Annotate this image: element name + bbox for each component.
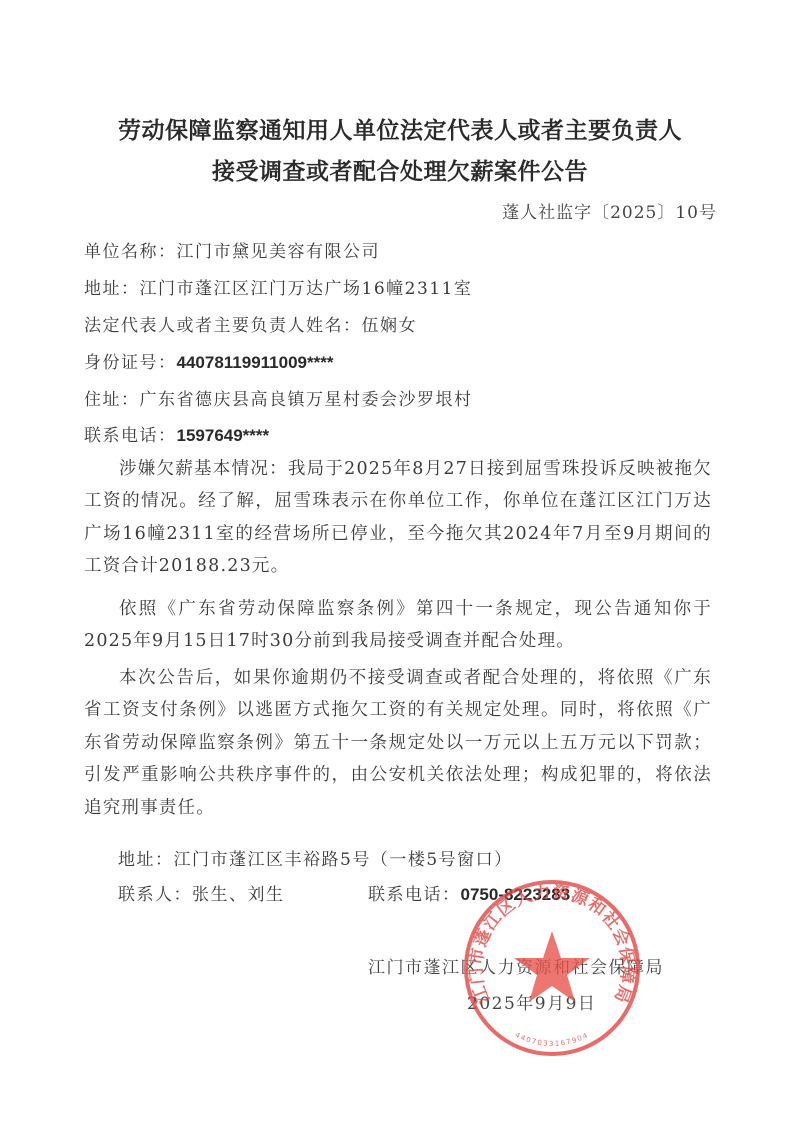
seal-code: 4407033167904 xyxy=(514,1031,590,1048)
field-label: 住址： xyxy=(84,390,140,410)
field-legal-representative: 法定代表人或者主要负责人姓名：伍娴女 xyxy=(84,311,417,336)
field-label: 地址： xyxy=(84,279,140,299)
field-value: 广东省德庆县高良镇万星村委会沙罗垠村 xyxy=(140,390,473,410)
field-label: 身份证号： xyxy=(84,353,177,373)
contact-address-value: 江门市蓬江区丰裕路5号（一楼5号窗口） xyxy=(174,850,513,870)
field-phone: 联系电话：1597649**** xyxy=(84,421,269,446)
document-title-line-1: 劳动保障监察通知用人单位法定代表人或者主要负责人 xyxy=(0,112,800,145)
official-seal-icon: 江门市蓬江区人力资源和社会保障局 4407033167904 xyxy=(460,876,644,1060)
contact-address-label: 地址： xyxy=(118,850,174,870)
field-value: 伍娴女 xyxy=(362,316,418,336)
field-address: 地址：江门市蓬江区江门万达广场16幢2311室 xyxy=(84,274,472,299)
field-label: 联系电话： xyxy=(84,426,177,446)
field-value: 44078119911009**** xyxy=(177,353,334,372)
document-page: 劳动保障监察通知用人单位法定代表人或者主要负责人 接受调查或者配合处理欠薪案件公… xyxy=(0,0,800,1131)
contact-person: 联系人：张生、刘生 xyxy=(118,880,285,905)
contact-phone-label: 联系电话： xyxy=(368,885,461,905)
field-label: 单位名称： xyxy=(84,242,177,262)
contact-person-value: 张生、刘生 xyxy=(192,885,285,905)
document-title-line-2: 接受调查或者配合处理欠薪案件公告 xyxy=(0,153,800,186)
field-value: 江门市黛见美容有限公司 xyxy=(177,242,381,262)
field-company-name: 单位名称：江门市黛见美容有限公司 xyxy=(84,237,380,262)
svg-text:4407033167904: 4407033167904 xyxy=(514,1031,590,1048)
field-id-number: 身份证号：44078119911009**** xyxy=(84,348,333,373)
field-residence: 住址：广东省德庆县高良镇万星村委会沙罗垠村 xyxy=(84,385,473,410)
field-label: 法定代表人或者主要负责人姓名： xyxy=(84,316,362,336)
contact-address: 地址：江门市蓬江区丰裕路5号（一楼5号窗口） xyxy=(118,845,513,870)
field-value: 江门市蓬江区江门万达广场16幢2311室 xyxy=(140,279,473,299)
paragraph-penalty: 本次公告后，如果你逾期仍不接受调查或者配合处理的，将依照《广东省工资支付条例》以… xyxy=(84,662,712,824)
contact-person-label: 联系人： xyxy=(118,885,192,905)
document-number: 蓬人社监字〔2025〕10号 xyxy=(502,198,717,223)
field-value: 1597649**** xyxy=(177,426,270,445)
paragraph-notice: 依照《广东省劳动保障监察条例》第四十一条规定，现公告通知你于2025年9月15日… xyxy=(84,593,712,658)
paragraph-case-summary: 涉嫌欠薪基本情况：我局于2025年8月27日接到屈雪珠投诉反映被拖欠工资的情况。… xyxy=(84,453,712,583)
